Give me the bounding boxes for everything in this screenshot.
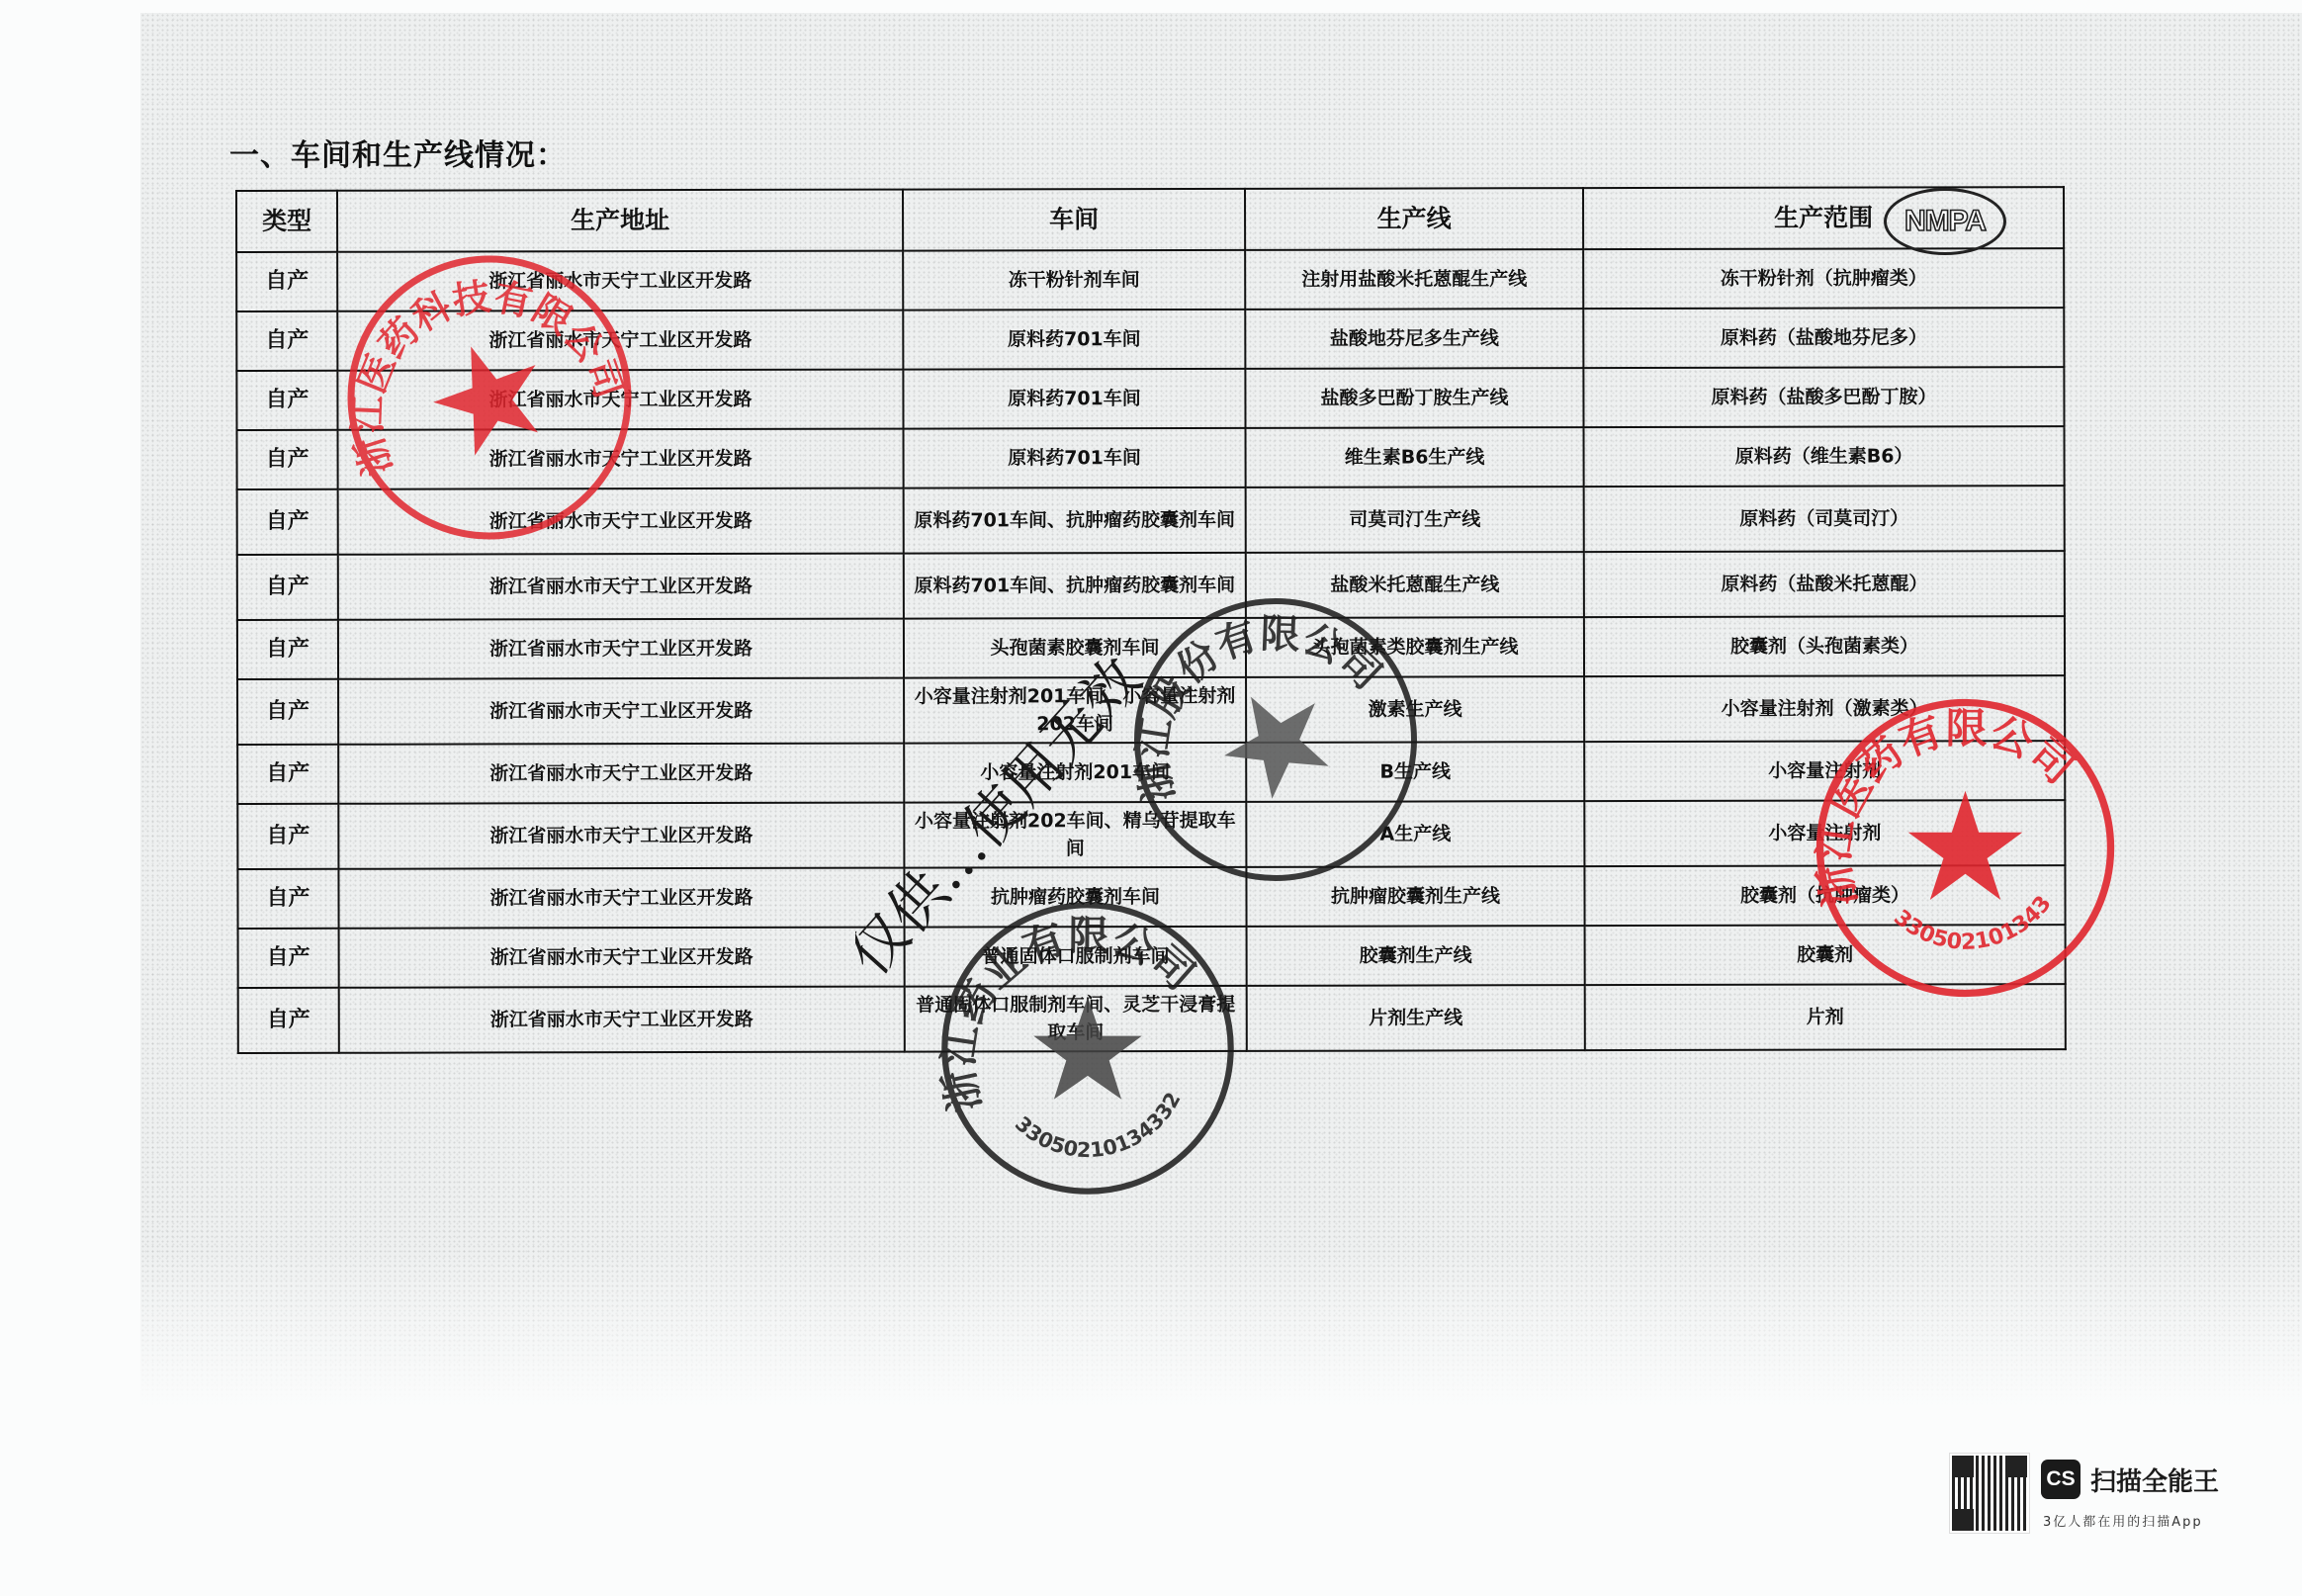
table-row: 自产浙江省丽水市天宁工业区开发路普通固体口服制剂车间胶囊剂生产线胶囊剂 <box>238 925 2066 988</box>
cell-production-line: 维生素B6生产线 <box>1246 427 1584 488</box>
header-address: 生产地址 <box>337 190 903 252</box>
cell-production-scope: 原料药（司莫司汀） <box>1584 486 2065 552</box>
cell-type: 自产 <box>236 252 337 311</box>
camscanner-watermark: CS 扫描全能王 3亿人都在用的扫描App <box>1950 1454 2237 1543</box>
qr-code-icon <box>1950 1454 2029 1533</box>
cell-production-scope: 冻干粉针剂（抗肿瘤类） <box>1583 248 2064 309</box>
cell-production-line: 片剂生产线 <box>1247 985 1585 1051</box>
cell-address: 浙江省丽水市天宁工业区开发路 <box>339 987 905 1053</box>
table-row: 自产浙江省丽水市天宁工业区开发路冻干粉针剂车间注射用盐酸米托蒽醌生产线冻干粉针剂… <box>236 248 2064 311</box>
cell-workshop: 普通固体口服制剂车间、灵芝干浸膏提取车间 <box>905 986 1247 1052</box>
cell-type: 自产 <box>237 869 338 929</box>
table-row: 自产浙江省丽水市天宁工业区开发路普通固体口服制剂车间、灵芝干浸膏提取车间片剂生产… <box>238 984 2066 1053</box>
cell-type: 自产 <box>236 371 337 430</box>
cell-workshop: 原料药701车间 <box>903 310 1245 370</box>
cell-type: 自产 <box>237 679 338 745</box>
table-row: 自产浙江省丽水市天宁工业区开发路原料药701车间、抗肿瘤药胶囊剂车间盐酸米托蒽醌… <box>237 551 2065 620</box>
cell-type: 自产 <box>237 620 338 679</box>
table-row: 自产浙江省丽水市天宁工业区开发路头孢菌素胶囊剂车间头孢菌素类胶囊剂生产线胶囊剂（… <box>237 616 2065 679</box>
cell-workshop: 原料药701车间 <box>903 369 1245 429</box>
cell-production-line: 胶囊剂生产线 <box>1247 926 1585 986</box>
table-row: 自产浙江省丽水市天宁工业区开发路抗肿瘤药胶囊剂车间抗肿瘤胶囊剂生产线胶囊剂（抗肿… <box>237 865 2065 929</box>
cell-production-scope: 原料药（维生素B6） <box>1584 426 2065 487</box>
cell-production-line: 头孢菌素类胶囊剂生产线 <box>1246 617 1584 677</box>
table-row: 自产浙江省丽水市天宁工业区开发路小容量注射剂202车间、精乌苷提取车间A生产线小… <box>237 800 2065 869</box>
table-body: 自产浙江省丽水市天宁工业区开发路冻干粉针剂车间注射用盐酸米托蒽醌生产线冻干粉针剂… <box>236 248 2066 1053</box>
cell-address: 浙江省丽水市天宁工业区开发路 <box>337 251 903 311</box>
cell-address: 浙江省丽水市天宁工业区开发路 <box>338 429 904 489</box>
cell-address: 浙江省丽水市天宁工业区开发路 <box>338 488 904 555</box>
cell-address: 浙江省丽水市天宁工业区开发路 <box>337 310 903 371</box>
cell-type: 自产 <box>237 555 338 620</box>
cell-address: 浙江省丽水市天宁工业区开发路 <box>338 744 904 804</box>
cell-address: 浙江省丽水市天宁工业区开发路 <box>339 928 905 988</box>
cell-production-scope: 片剂 <box>1585 984 2066 1050</box>
cs-logo-icon: CS <box>2041 1460 2081 1499</box>
table-row: 自产浙江省丽水市天宁工业区开发路原料药701车间、抗肿瘤药胶囊剂车间司莫司汀生产… <box>237 486 2065 555</box>
cell-address: 浙江省丽水市天宁工业区开发路 <box>338 619 904 679</box>
cell-production-line: 抗肿瘤胶囊剂生产线 <box>1246 866 1584 927</box>
cell-address: 浙江省丽水市天宁工业区开发路 <box>338 868 904 929</box>
cell-production-line: 注射用盐酸米托蒽醌生产线 <box>1245 249 1583 310</box>
cell-address: 浙江省丽水市天宁工业区开发路 <box>338 678 904 745</box>
cell-production-line: 盐酸多巴酚丁胺生产线 <box>1245 368 1583 428</box>
table-row: 自产浙江省丽水市天宁工业区开发路原料药701车间盐酸地芬尼多生产线原料药（盐酸地… <box>236 308 2064 371</box>
table-header-row: 类型 生产地址 车间 生产线 生产范围 <box>236 187 2064 252</box>
cell-workshop: 抗肿瘤药胶囊剂车间 <box>904 867 1246 928</box>
cell-type: 自产 <box>237 489 338 555</box>
cell-address: 浙江省丽水市天宁工业区开发路 <box>338 803 904 869</box>
cell-production-scope: 小容量注射剂 <box>1584 741 2065 801</box>
cell-workshop: 小容量注射剂201车间 <box>904 743 1246 803</box>
cell-production-line: 盐酸米托蒽醌生产线 <box>1246 552 1584 618</box>
cell-type: 自产 <box>238 929 339 988</box>
cell-workshop: 冻干粉针剂车间 <box>903 250 1245 310</box>
cell-workshop: 原料药701车间、抗肿瘤药胶囊剂车间 <box>904 553 1246 619</box>
cell-production-line: 盐酸地芬尼多生产线 <box>1245 309 1583 369</box>
cell-address: 浙江省丽水市天宁工业区开发路 <box>338 554 904 620</box>
cell-workshop: 小容量注射剂202车间、精乌苷提取车间 <box>904 802 1246 868</box>
cell-address: 浙江省丽水市天宁工业区开发路 <box>337 370 903 430</box>
cell-production-line: B生产线 <box>1246 742 1584 802</box>
cell-type: 自产 <box>238 988 339 1053</box>
cell-workshop: 原料药701车间、抗肿瘤药胶囊剂车间 <box>904 488 1246 554</box>
cell-production-line: A生产线 <box>1246 801 1584 867</box>
cell-workshop: 小容量注射剂201车间、小容量注射剂202车间 <box>904 677 1246 744</box>
cell-production-scope: 原料药（盐酸地芬尼多） <box>1583 308 2064 368</box>
cell-type: 自产 <box>237 804 338 869</box>
cell-production-scope: 小容量注射剂 <box>1584 800 2065 866</box>
header-type: 类型 <box>236 191 337 252</box>
table-row: 自产浙江省丽水市天宁工业区开发路原料药701车间盐酸多巴酚丁胺生产线原料药（盐酸… <box>236 367 2064 430</box>
nmpa-badge: NMPA <box>1884 188 2006 255</box>
cell-workshop: 普通固体口服制剂车间 <box>905 927 1247 987</box>
table-row: 自产浙江省丽水市天宁工业区开发路小容量注射剂201车间、小容量注射剂202车间激… <box>237 675 2065 745</box>
cell-production-scope: 胶囊剂（抗肿瘤类） <box>1584 865 2065 926</box>
table-row: 自产浙江省丽水市天宁工业区开发路小容量注射剂201车间B生产线小容量注射剂 <box>237 741 2065 804</box>
cell-production-scope: 小容量注射剂（激素类） <box>1584 675 2065 742</box>
cell-type: 自产 <box>236 311 337 371</box>
cell-production-line: 激素生产线 <box>1246 676 1584 743</box>
header-production-line: 生产线 <box>1245 188 1583 250</box>
cell-workshop: 原料药701车间 <box>904 428 1246 488</box>
cell-production-scope: 原料药（盐酸多巴酚丁胺） <box>1583 367 2064 427</box>
cell-type: 自产 <box>237 745 338 804</box>
cell-production-scope: 胶囊剂 <box>1585 925 2066 985</box>
cell-production-scope: 原料药（盐酸米托蒽醌） <box>1584 551 2065 617</box>
table-row: 自产浙江省丽水市天宁工业区开发路原料药701车间维生素B6生产线原料药（维生素B… <box>237 426 2065 489</box>
app-slogan: 3亿人都在用的扫描App <box>2043 1511 2203 1530</box>
workshop-table: 类型 生产地址 车间 生产线 生产范围 自产浙江省丽水市天宁工业区开发路冻干粉针… <box>235 186 2067 1054</box>
header-workshop: 车间 <box>903 189 1245 251</box>
section-title: 一、车间和生产线情况： <box>229 131 567 174</box>
app-name: 扫描全能王 <box>2090 1462 2219 1498</box>
cell-type: 自产 <box>237 430 338 489</box>
cell-production-line: 司莫司汀生产线 <box>1246 487 1584 553</box>
cell-production-scope: 胶囊剂（头孢菌素类） <box>1584 616 2065 676</box>
cell-workshop: 头孢菌素胶囊剂车间 <box>904 618 1246 678</box>
